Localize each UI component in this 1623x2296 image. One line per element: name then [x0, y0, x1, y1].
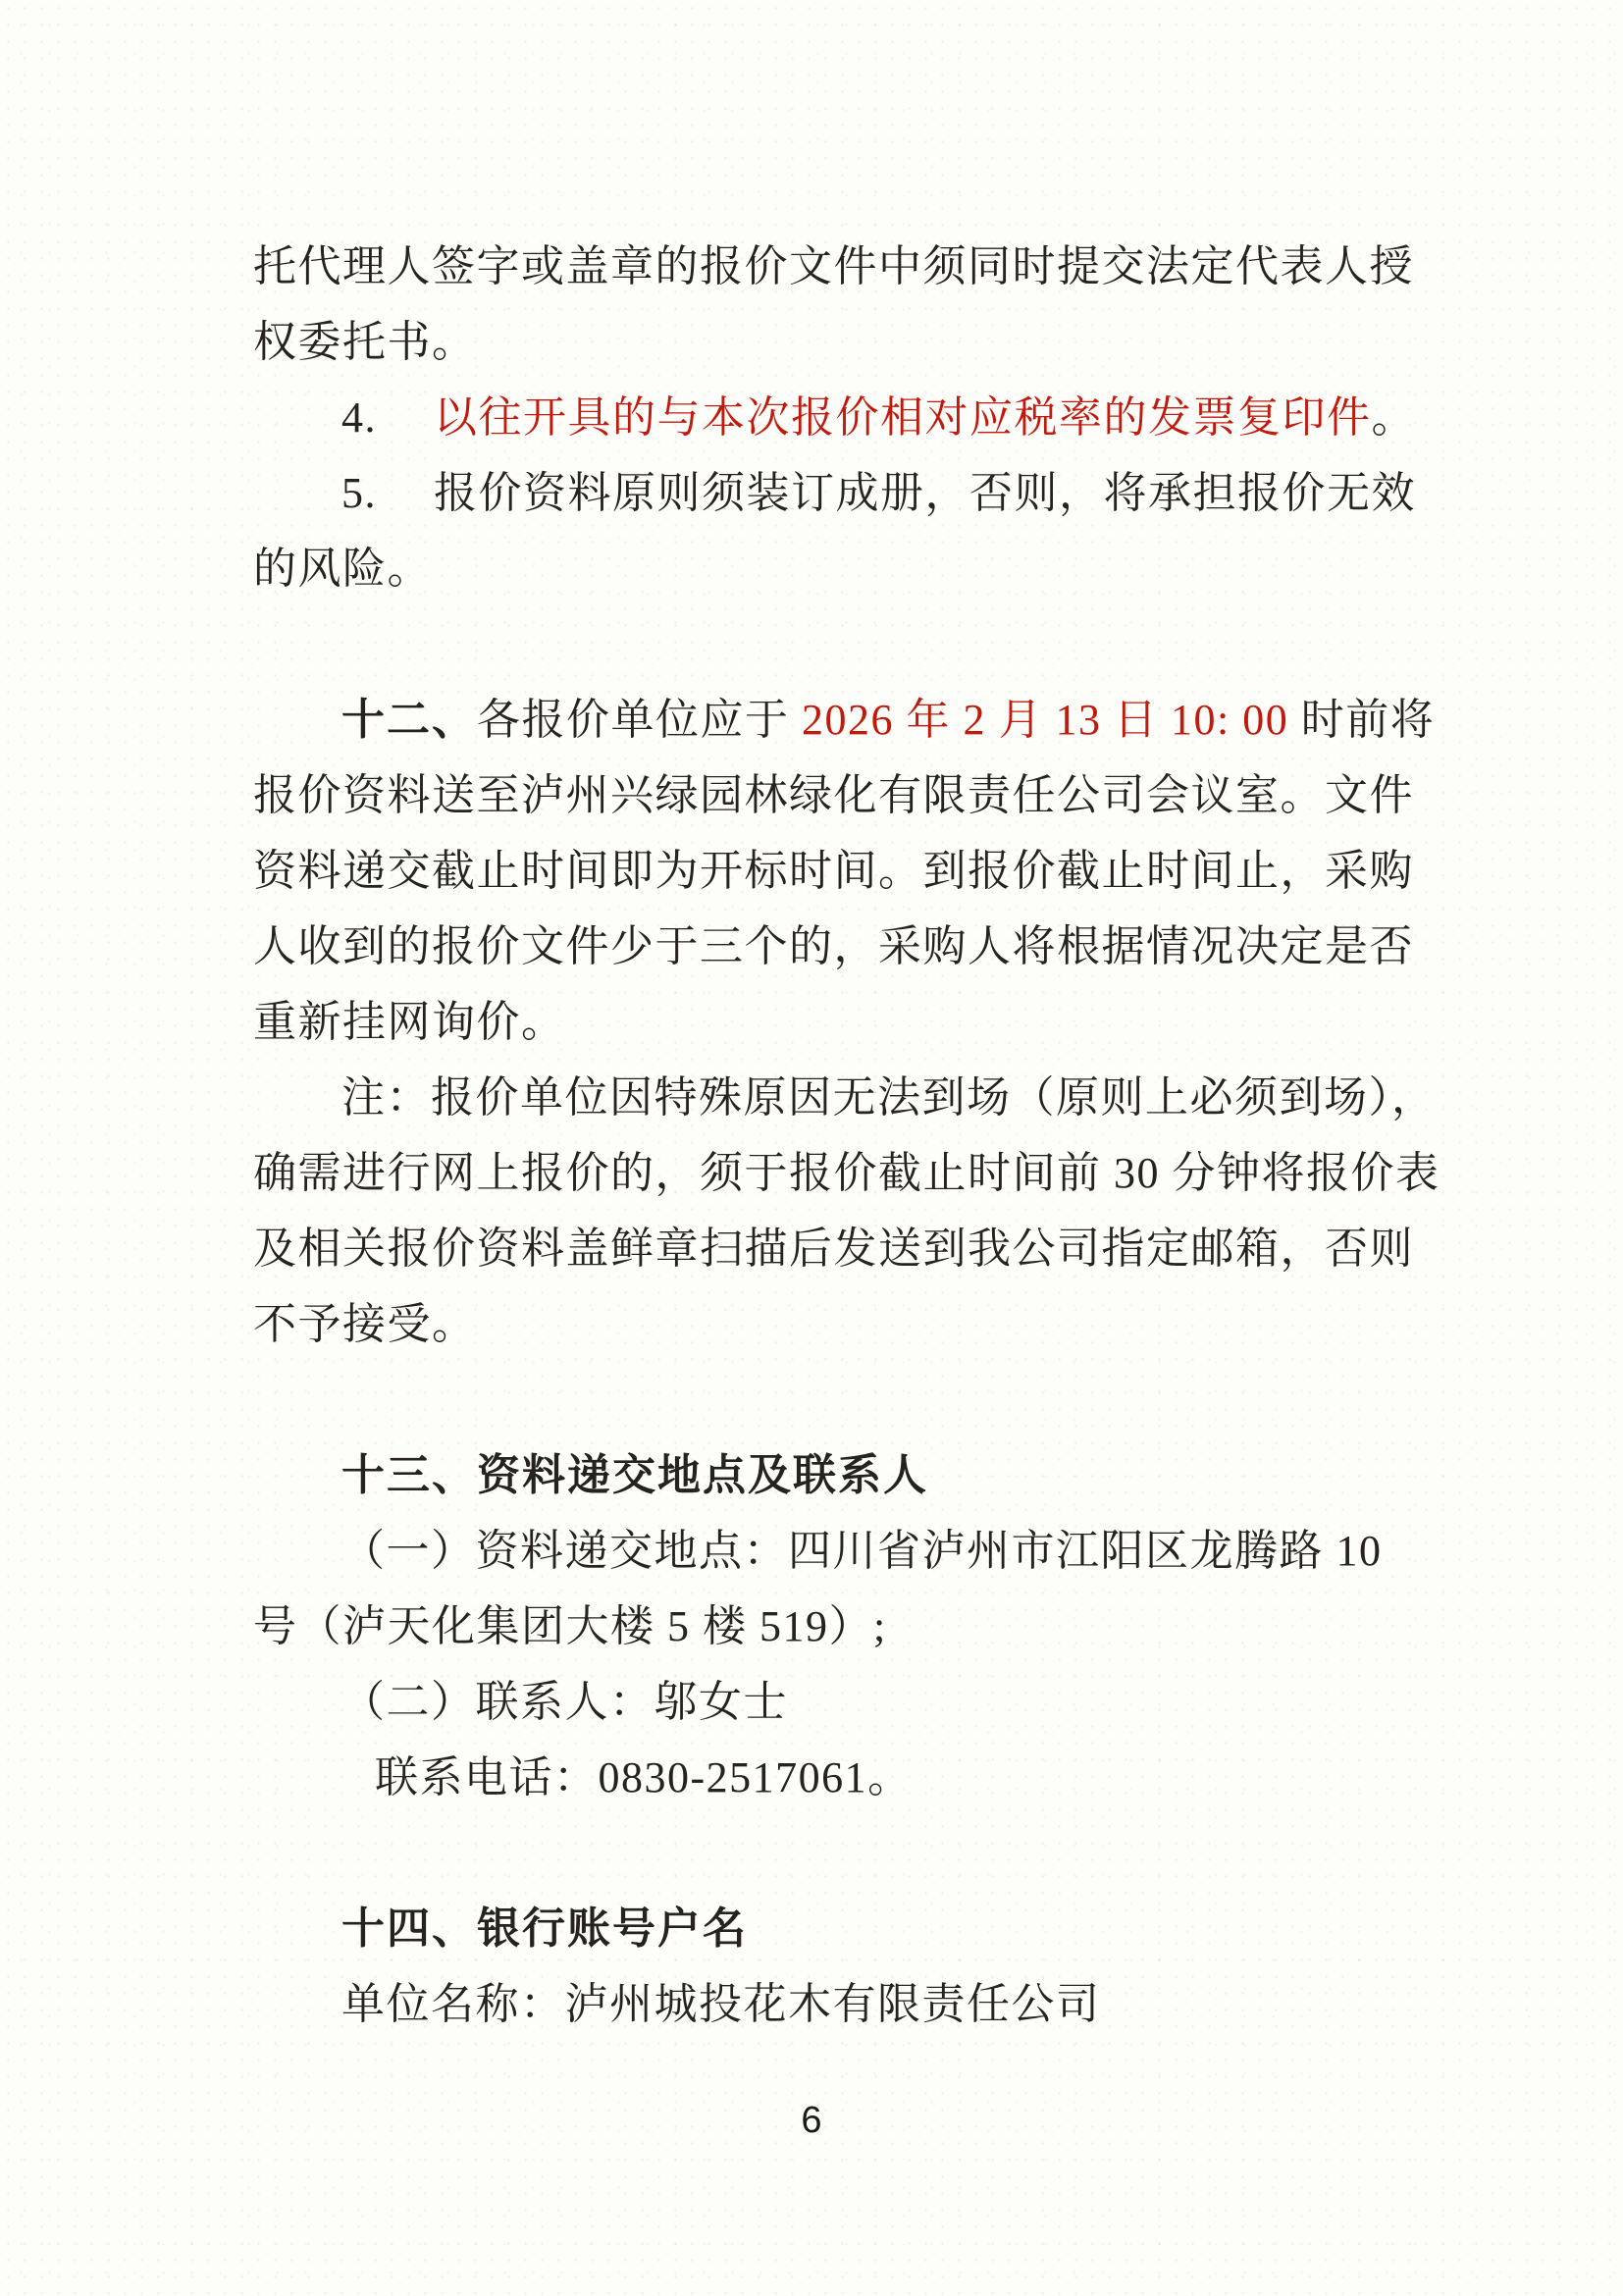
- body-text: 各报价单位应于: [477, 696, 802, 744]
- body-text: 重新挂网询价。: [253, 998, 566, 1046]
- body-text: 的风险。: [253, 545, 432, 593]
- text-line: 确需进行网上报价的，须于报价截止时间前 30 分钟将报价表: [253, 1135, 1480, 1211]
- text-line: 联系电话：0830-2517061。: [253, 1740, 1480, 1815]
- body-text: 报价资料原则须装订成册，否则，将承担报价无效: [434, 469, 1416, 517]
- text-line: （一）资料递交地点：四川省泸州市江阳区龙腾路 10: [253, 1513, 1480, 1589]
- body-text: 人收到的报价文件少于三个的，采购人将根据情况决定是否: [253, 922, 1414, 970]
- text-line: 号（泸天化集团大楼 5 楼 519）;: [253, 1589, 1480, 1664]
- page-number: 6: [0, 2098, 1623, 2143]
- text-line: 5.报价资料原则须装订成册，否则，将承担报价无效: [253, 455, 1480, 531]
- body-text: 权委托书。: [253, 318, 477, 366]
- body-text: 不予接受。: [253, 1300, 477, 1348]
- body-text: 联系电话：0830-2517061。: [375, 1753, 913, 1801]
- text-line: 十四、银行账号户名: [253, 1891, 1480, 1966]
- blank-line: [253, 606, 1480, 682]
- text-line: 十二、各报价单位应于 2026 年 2 月 13 日 10: 00 时前将: [253, 682, 1480, 757]
- body-text: 托代理人签字或盖章的报价文件中须同时提交法定代表人授: [253, 242, 1414, 290]
- document-page: 托代理人签字或盖章的报价文件中须同时提交法定代表人授权委托书。4.以往开具的与本…: [0, 0, 1623, 2296]
- text-line: 权委托书。: [253, 304, 1480, 380]
- text-line: 4.以往开具的与本次报价相对应税率的发票复印件。: [253, 380, 1480, 455]
- text-line: 十三、资料递交地点及联系人: [253, 1437, 1480, 1513]
- blank-line: [253, 1362, 1480, 1437]
- body-text: （二）联系人：邬女士: [341, 1678, 788, 1726]
- text-line: 重新挂网询价。: [253, 984, 1480, 1060]
- red-emphasis-text: 2026 年 2 月 13 日 10: 00: [802, 696, 1288, 744]
- text-line: 及相关报价资料盖鲜章扫描后发送到我公司指定邮箱，否则: [253, 1211, 1480, 1286]
- text-line: 托代理人签字或盖章的报价文件中须同时提交法定代表人授: [253, 229, 1480, 304]
- list-number: 4.: [341, 393, 377, 442]
- document-lines: 托代理人签字或盖章的报价文件中须同时提交法定代表人授权委托书。4.以往开具的与本…: [253, 229, 1480, 2042]
- body-text: 时前将: [1288, 696, 1435, 744]
- text-line: 注：报价单位因特殊原因无法到场（原则上必须到场），: [253, 1060, 1480, 1135]
- body-text: 号（泸天化集团大楼 5 楼 519）;: [253, 1602, 887, 1650]
- section-heading-text: 十二、: [341, 696, 477, 744]
- text-line: 人收到的报价文件少于三个的，采购人将根据情况决定是否: [253, 909, 1480, 984]
- body-text: 。: [1372, 393, 1417, 442]
- body-text: 注：报价单位因特殊原因无法到场（原则上必须到场），: [341, 1073, 1437, 1122]
- section-heading-text: 十三、资料递交地点及联系人: [341, 1451, 928, 1499]
- blank-line: [253, 1815, 1480, 1891]
- body-text: （一）资料递交地点：四川省泸州市江阳区龙腾路 10: [341, 1527, 1383, 1575]
- body-text: 单位名称：泸州城投花木有限责任公司: [341, 1980, 1101, 2028]
- body-text: 确需进行网上报价的，须于报价截止时间前 30 分钟将报价表: [253, 1149, 1440, 1197]
- text-line: 的风险。: [253, 531, 1480, 606]
- section-heading-text: 十四、银行账号户名: [341, 1905, 748, 1953]
- text-line: （二）联系人：邬女士: [253, 1664, 1480, 1740]
- text-line: 单位名称：泸州城投花木有限责任公司: [253, 1966, 1480, 2042]
- list-number: 5.: [341, 469, 377, 517]
- body-text: 报价资料送至泸州兴绿园林绿化有限责任公司会议室。文件: [253, 771, 1414, 819]
- text-line: 报价资料送至泸州兴绿园林绿化有限责任公司会议室。文件: [253, 757, 1480, 833]
- text-line: 不予接受。: [253, 1286, 1480, 1362]
- body-text: 资料递交截止时间即为开标时间。到报价截止时间止，采购: [253, 847, 1414, 895]
- red-emphasis-text: 以往开具的与本次报价相对应税率的发票复印件: [434, 393, 1372, 442]
- text-line: 资料递交截止时间即为开标时间。到报价截止时间止，采购: [253, 833, 1480, 909]
- body-text: 及相关报价资料盖鲜章扫描后发送到我公司指定邮箱，否则: [253, 1225, 1414, 1273]
